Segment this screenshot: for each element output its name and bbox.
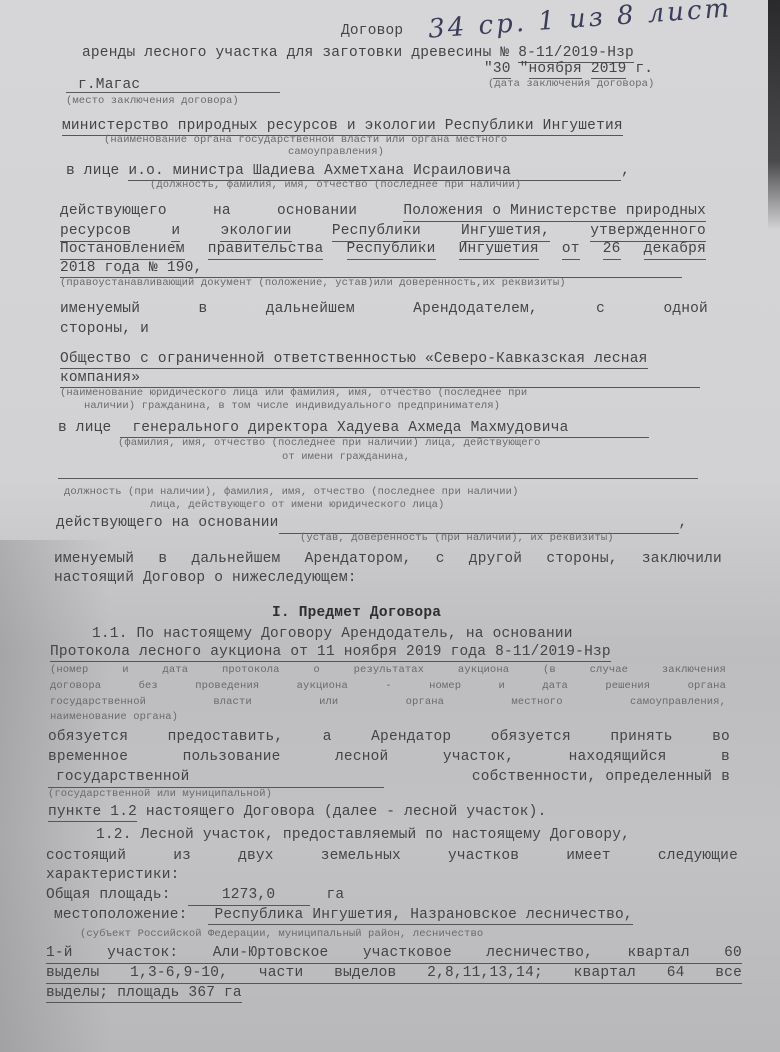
date-day: 30	[493, 61, 511, 79]
plot1-last: выделы; площадь 367 га	[46, 984, 242, 1002]
word: 1,3-6,9-10,	[130, 964, 228, 982]
word: договора	[50, 680, 101, 693]
lessee-org-line-2: компания»	[60, 369, 700, 387]
word: с	[436, 550, 445, 568]
word: следующие	[658, 847, 738, 865]
word: в	[199, 300, 208, 318]
p11-body-2: временноепользованиелеснойучасток,находя…	[48, 748, 730, 766]
word: ресурсов	[60, 222, 131, 242]
subtitle-text: аренды лесного участка для заготовки дре…	[82, 45, 509, 61]
word: именуемый	[60, 300, 140, 318]
word: утвержденного	[590, 222, 706, 242]
point-ref: пункте 1.2	[48, 804, 137, 822]
word: квартал	[627, 944, 689, 962]
lessee-person-caption-2: от имени гражданина,	[282, 451, 410, 464]
word: дальнейшем	[266, 300, 355, 318]
lessee-person-prefix: в лице	[58, 420, 111, 436]
word: двух	[238, 847, 274, 865]
p11-ownership: государственной собственности, определен…	[48, 768, 730, 788]
word: земельных	[321, 847, 401, 865]
lessor-basis-start: Положения о Министерстве природных	[403, 202, 706, 222]
date-caption: (дата заключения договора)	[488, 78, 654, 91]
word: участков	[448, 847, 519, 865]
word: из	[173, 847, 191, 865]
word: -	[385, 680, 391, 693]
area-unit: га	[326, 887, 344, 903]
location-label: местоположение:	[54, 907, 188, 923]
lessee-org-line-1: Общество с ограниченной ответственностью…	[60, 350, 648, 368]
word: самоуправления,	[630, 696, 726, 709]
word: протокола	[222, 664, 280, 677]
ownership-value: государственной	[48, 768, 384, 788]
plot1-line-1: 1-йучасток:Али-Юртовскоеучастковоелеснич…	[46, 944, 742, 964]
word: Республики	[332, 222, 421, 242]
word: органа	[406, 696, 444, 709]
p11-intro: 1.1. По настоящему Договору Арендодатель…	[92, 625, 573, 643]
p12-line-2: состоящийиздвухземельныхучастковимеетсле…	[46, 847, 738, 865]
document-title: Договор	[341, 22, 403, 40]
p11-caption-1: (номеридатапротоколаорезультатахаукциона…	[50, 664, 726, 677]
word: власти	[213, 696, 251, 709]
p11-body-1: обязуетсяпредоставить,аАрендаторобязуетс…	[48, 728, 730, 746]
lessor-person-prefix: в лице	[66, 163, 119, 179]
p11-protocol: Протокола лесного аукциона от 11 ноября …	[50, 643, 611, 661]
lessor-basis-last: 2018 года № 190,	[60, 259, 682, 277]
word: с	[596, 300, 605, 318]
word: Ингушетия,	[461, 222, 550, 242]
place-caption: (место заключения договора)	[66, 95, 239, 108]
p11-protocol-text: Протокола лесного аукциона от 11 ноября …	[50, 644, 611, 662]
location-value: Республика Ингушетия, Назрановское лесни…	[208, 907, 632, 925]
word: Арендодателем,	[413, 300, 538, 318]
lessee-basis-blank	[279, 514, 679, 534]
word: органа	[688, 680, 726, 693]
word: от	[562, 240, 580, 260]
word: заключили	[642, 550, 722, 568]
word: и	[122, 664, 128, 677]
word: пользование	[183, 748, 281, 766]
location-caption: (субъект Российской Федерации, муниципал…	[80, 928, 483, 941]
lessee-rep-underline	[58, 478, 698, 479]
area-value: 1273,0	[188, 886, 310, 906]
lessor-basis-caption: (правоустанавливающий документ (положени…	[60, 277, 566, 290]
area-label: Общая площадь:	[46, 887, 171, 903]
date-suffix: г.	[635, 61, 653, 77]
word: состоящий	[46, 847, 126, 865]
lessee-basis: действующего на основании ,	[56, 514, 687, 534]
lessee-org-caption-1: (наименование юридического лица или фами…	[60, 387, 527, 400]
word: дата	[163, 664, 189, 677]
word: местного	[511, 696, 562, 709]
word: выделов	[334, 964, 396, 982]
word: 26	[603, 240, 621, 260]
word: участок,	[443, 748, 514, 766]
word: дата	[542, 680, 568, 693]
word: одной	[663, 300, 708, 318]
lessor-basis-last-text: 2018 года № 190,	[60, 260, 682, 278]
word: декабря	[644, 240, 706, 260]
word: случае	[590, 664, 628, 677]
lessee-basis-prefix: действующего на основании	[56, 515, 279, 531]
word: а	[323, 728, 332, 746]
word: дальнейшем	[191, 550, 280, 568]
handwritten-note: 34 ср. 1 из 8 лист	[427, 0, 733, 45]
word: без	[139, 680, 158, 693]
word: в	[721, 748, 730, 766]
p11-caption-3: государственнойвластиилиорганаместногоса…	[50, 696, 726, 709]
lessee-org-text-1: Общество с ограниченной ответственностью…	[60, 351, 648, 369]
area-row: Общая площадь: 1273,0 га	[46, 886, 344, 906]
plot1-line-2: выделы1,3-6,9-10,частивыделов2,8,11,13,1…	[46, 964, 742, 984]
contract-date: "30 "ноября 2019 г.	[484, 60, 653, 78]
word: во	[712, 728, 730, 746]
p12-line-3: характеристики:	[46, 866, 180, 884]
plot1-last-text: выделы; площадь 367 га	[46, 985, 242, 1003]
word: Арендатором,	[305, 550, 412, 568]
word: части	[259, 964, 304, 982]
word: Ингушетия	[459, 240, 539, 260]
word: заключения	[662, 664, 726, 677]
word: имеет	[566, 847, 611, 865]
lessee-basis-caption: (устав, доверенность (при наличии), их р…	[300, 532, 614, 545]
word: Республики	[347, 240, 436, 260]
word: 1-й	[46, 944, 73, 962]
section-heading: I. Предмет Договора	[272, 604, 441, 622]
word: решения	[605, 680, 650, 693]
p11-caption-2: договорабезпроведенияаукциона-номеридата…	[50, 680, 726, 693]
word: обязуется	[48, 728, 128, 746]
word: и	[499, 680, 505, 693]
word: результатах	[354, 664, 424, 677]
lessee-person-caption-1: (фамилия, имя, отчество (последнее при н…	[118, 437, 540, 450]
word: Постановлением	[60, 240, 185, 260]
lessee-org-text-2: компания»	[60, 370, 700, 388]
word: лесничество,	[486, 944, 593, 962]
lessee-named-end: настоящий Договор о нижеследующем:	[54, 569, 357, 587]
lessor-org: министерство природных ресурсов и эколог…	[62, 117, 623, 135]
word: выделы	[46, 964, 99, 982]
lessee-rep-caption-1: должность (при наличии), фамилия, имя, о…	[64, 486, 518, 499]
place-underline	[66, 92, 280, 93]
lessee-person: в лице генерального директора Хадуева Ах…	[58, 419, 649, 437]
word: аукциона	[458, 664, 509, 677]
point-rest: настоящего Договора (далее - лесной учас…	[146, 804, 547, 820]
lessor-named: именуемыйвдальнейшемАрендодателем,содной	[60, 300, 708, 318]
lessor-person: в лице и.о. министра Шадиева Ахметхана И…	[66, 162, 630, 180]
word: (номер	[50, 664, 88, 677]
word: экологии	[220, 222, 291, 242]
word: принять	[610, 728, 672, 746]
word: все	[715, 964, 742, 982]
word: находящийся	[569, 748, 667, 766]
lessor-org-caption-2: самоуправления)	[288, 146, 384, 159]
page-edge	[768, 0, 780, 230]
word: правительства	[208, 240, 324, 260]
p12-intro: 1.2. Лесной участок, предоставляемый по …	[96, 826, 630, 844]
word: 64	[667, 964, 685, 982]
lessee-named: именуемыйвдальнейшемАрендатором,сдругойс…	[54, 550, 722, 568]
quote-close: "	[520, 61, 529, 77]
date-year: 2019	[591, 61, 627, 79]
lessor-person-caption: (должность, фамилия, имя, отчество (посл…	[150, 179, 521, 192]
word: 2,8,11,13,14;	[427, 964, 543, 982]
p11-caption-last: наименование органа)	[50, 711, 178, 724]
date-month: ноября	[529, 61, 582, 79]
word: или	[319, 696, 338, 709]
lessee-rep-caption-2: лица, действующего от имени юридического…	[150, 499, 444, 512]
location-row: местоположение: Республика Ингушетия, На…	[54, 906, 633, 924]
word: лесной	[335, 748, 388, 766]
ownership-rest: собственности, определенный в	[472, 768, 730, 788]
word: участковое	[363, 944, 452, 962]
word: 60	[724, 944, 742, 962]
lessor-basis-line-3: ПостановлениемправительстваРеспубликиИнг…	[60, 240, 706, 260]
word: участок:	[107, 944, 178, 962]
word: Арендатор	[371, 728, 451, 746]
word: номер	[429, 680, 461, 693]
lessee-org-caption-2: наличии) гражданина, в том числе индивид…	[84, 400, 500, 413]
quote-open: "	[484, 61, 493, 77]
word: стороны,	[546, 550, 617, 568]
ownership-caption: (государственной или муниципальной)	[48, 788, 272, 801]
word: государственной	[50, 696, 146, 709]
word: временное	[48, 748, 128, 766]
word: квартал	[574, 964, 636, 982]
word: в	[158, 550, 167, 568]
word: о	[313, 664, 319, 677]
word: другой	[469, 550, 522, 568]
lessor-basis-line-1: действующегонаосновании Положения о Мини…	[60, 202, 706, 222]
point-reference: пункте 1.2 настоящего Договора (далее - …	[48, 803, 547, 821]
word: обязуется	[491, 728, 571, 746]
lessor-basis-line-2: ресурсовиэкологииРеспубликиИнгушетия,утв…	[60, 222, 706, 242]
word: (в	[543, 664, 556, 677]
word: аукциона	[297, 680, 348, 693]
lessor-named-end: стороны, и	[60, 320, 149, 338]
word: именуемый	[54, 550, 134, 568]
word: Али-Юртовское	[213, 944, 329, 962]
lessee-person-name: генерального директора Хадуева Ахмеда Ма…	[120, 420, 648, 438]
word: проведения	[195, 680, 259, 693]
word: предоставить,	[168, 728, 284, 746]
word: и	[171, 222, 180, 242]
